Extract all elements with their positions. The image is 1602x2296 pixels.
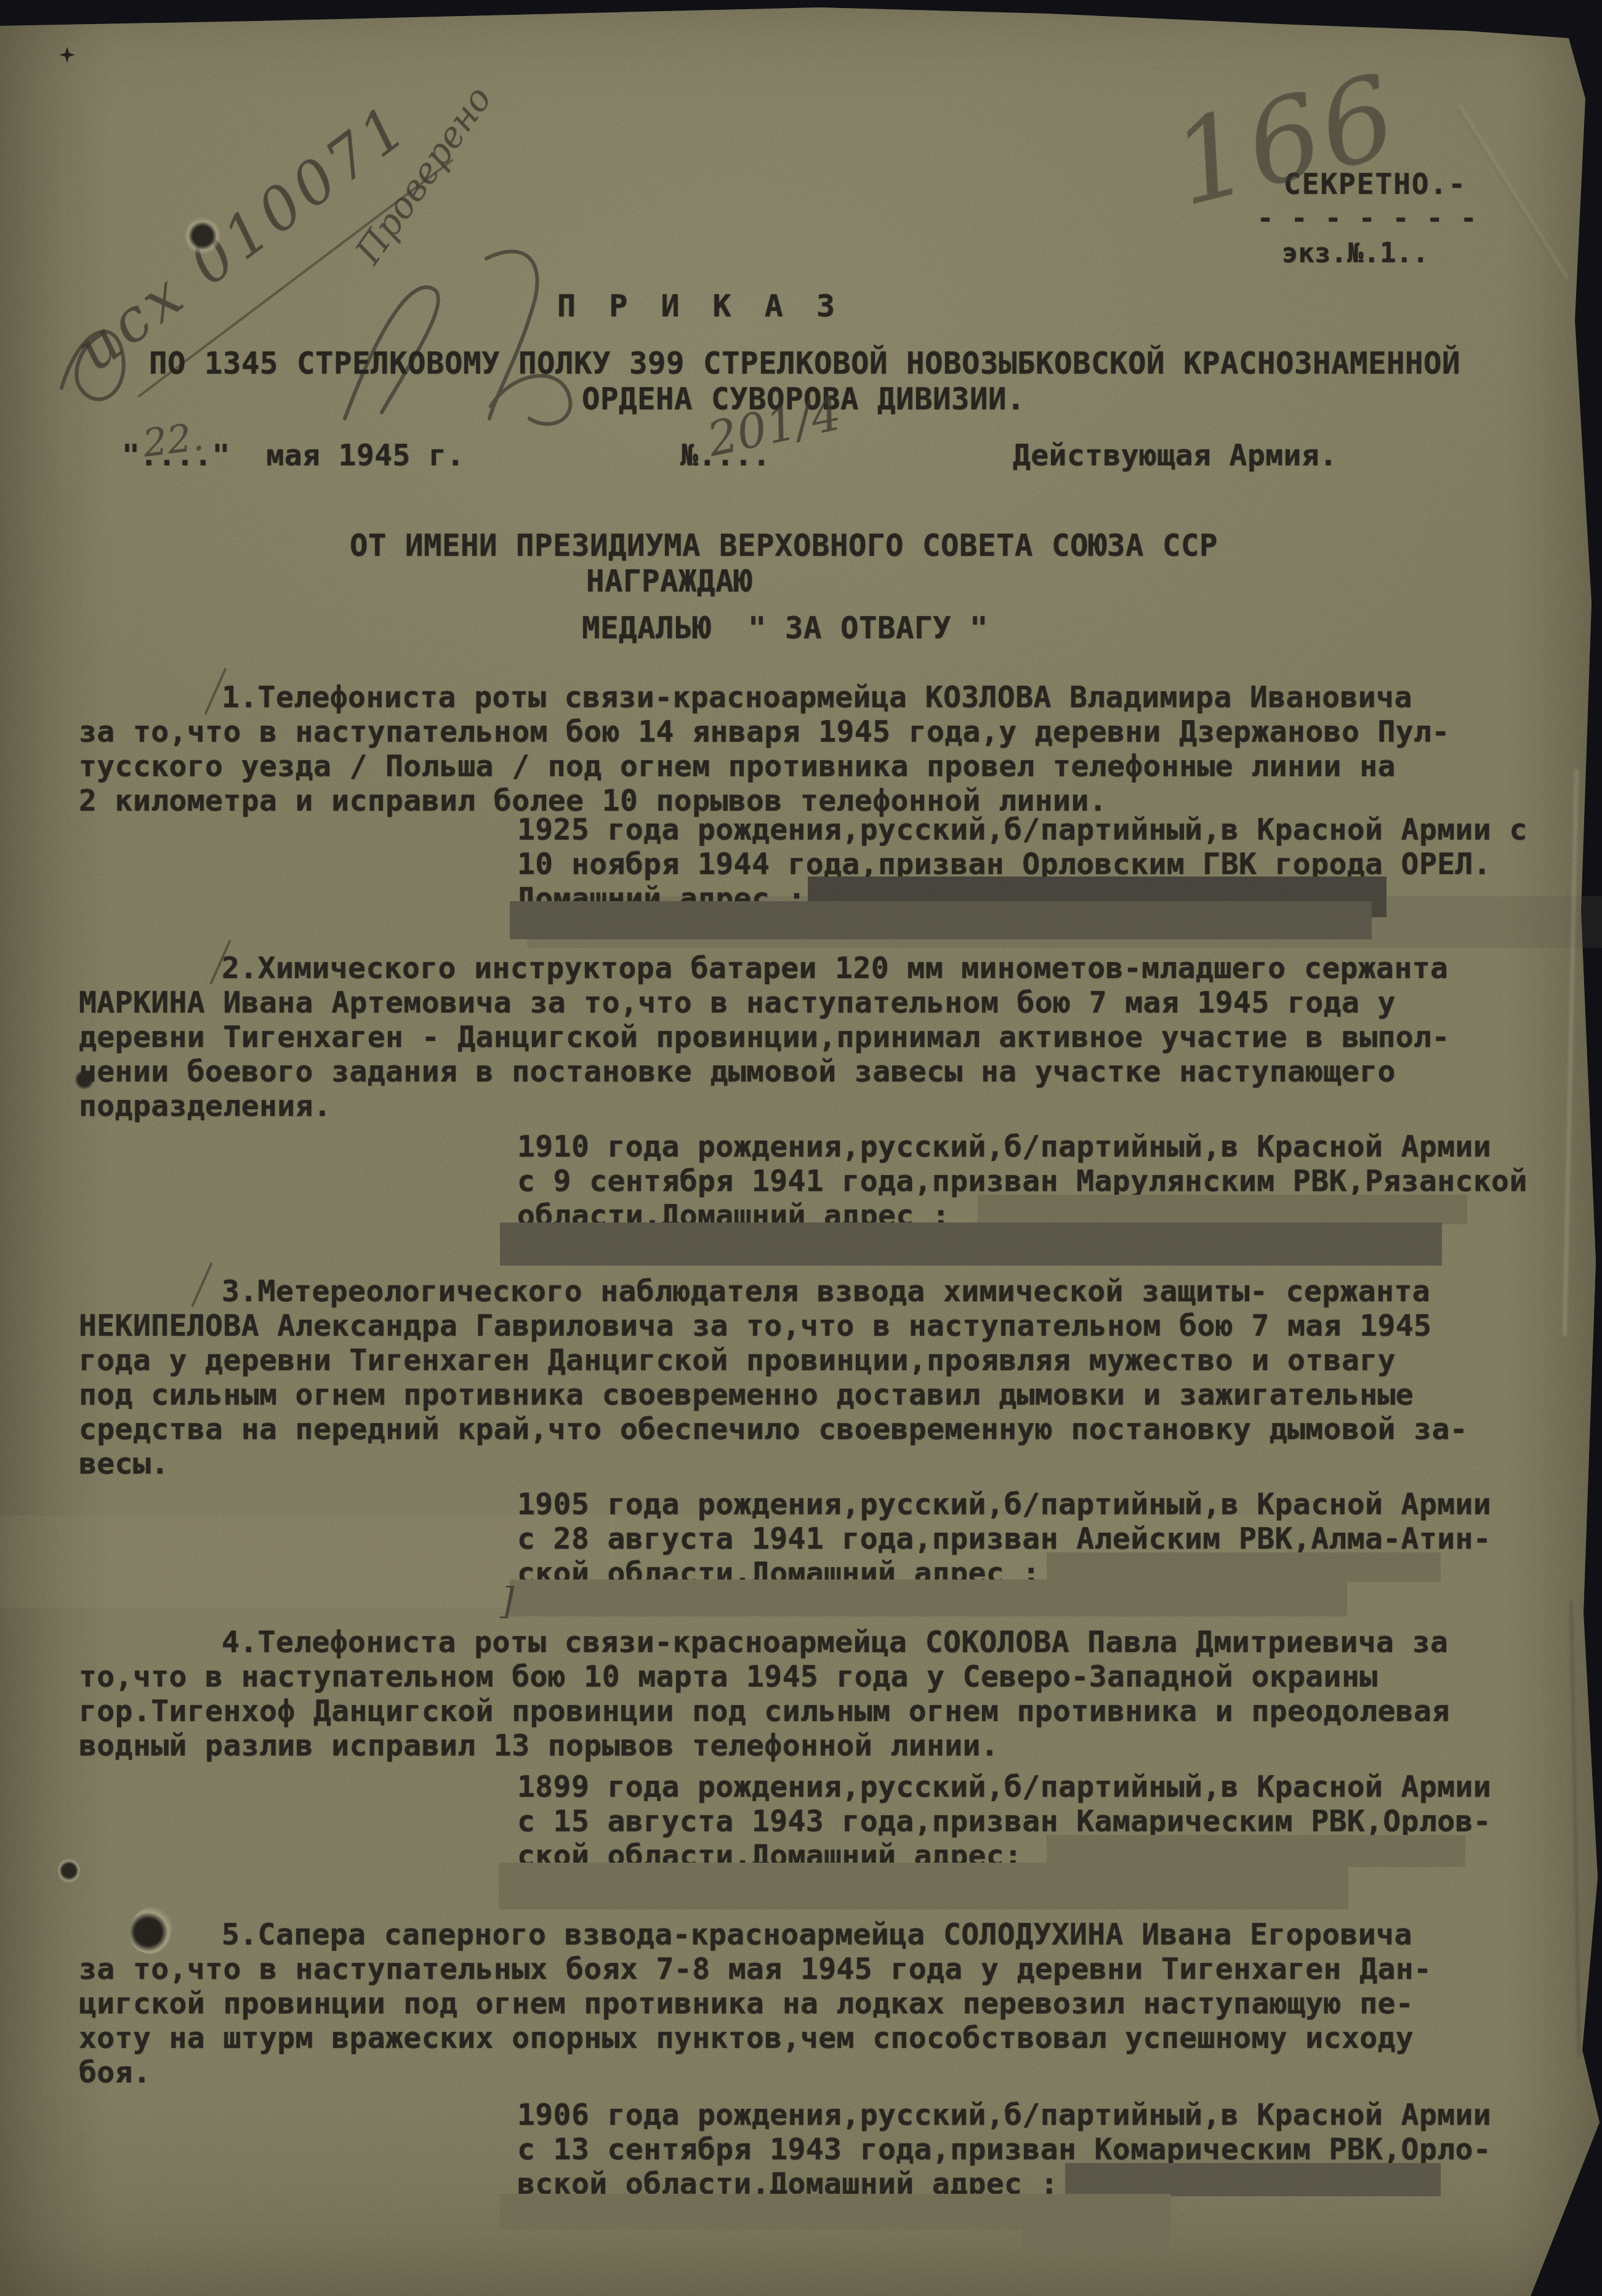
army-label: Действующая Армия. bbox=[1013, 438, 1337, 473]
regiment-line: ПО 1345 СТРЕЛКОВОМУ ПОЛКУ 399 СТРЕЛКОВОЙ… bbox=[149, 346, 1460, 381]
redaction-block bbox=[1065, 2163, 1441, 2196]
entry-line: МАРКИНА Ивана Артемовича за то,что в нас… bbox=[79, 985, 1450, 1020]
detail-line: с 28 августа 1941 года,призван Алейским … bbox=[517, 1522, 1491, 1556]
detail-line: 1906 года рождения,русский,б/партийный,в… bbox=[517, 2098, 1491, 2132]
redaction-block bbox=[499, 1863, 1348, 1909]
entry-line: деревни Тигенхаген - Данцигской провинци… bbox=[79, 1020, 1450, 1054]
entry-line: 1.Телефониста роты связи-красноармейца К… bbox=[79, 680, 1450, 715]
entry-2-paragraph: 2.Химического инструктора батареи 120 мм… bbox=[79, 951, 1450, 1123]
entry-line: 5.Сапера саперного взвода-красноармейца … bbox=[79, 1917, 1431, 1952]
hole-punch-artifact bbox=[75, 1069, 94, 1091]
award-verb: НАГРАЖДАЮ bbox=[586, 564, 752, 599]
redaction-block bbox=[510, 1580, 1347, 1616]
entry-line: НЕКИПЕЛОВА Александра Гавриловича за то,… bbox=[79, 1309, 1468, 1343]
entry-5-paragraph: 5.Сапера саперного взвода-красноармейца … bbox=[79, 1917, 1431, 2090]
pencil-bracket-mark: ] bbox=[500, 1580, 514, 1623]
redaction-block bbox=[978, 1195, 1467, 1224]
preamble-line: ОТ ИМЕНИ ПРЕЗИДИУМА ВЕРХОВНОГО СОВЕТА СО… bbox=[350, 528, 1218, 563]
entry-line: под сильным огнем противника своевременн… bbox=[79, 1378, 1468, 1412]
order-title: П Р И К А З bbox=[557, 288, 842, 324]
entry-line: за то,что в наступательном бою 14 января… bbox=[79, 715, 1450, 749]
entry-line: боя. bbox=[79, 2055, 1431, 2090]
hole-punch-artifact bbox=[58, 1858, 80, 1884]
pencil-date-day: 22. bbox=[140, 414, 206, 465]
detail-line: 1925 года рождения,русский,б/партийный,в… bbox=[517, 813, 1528, 847]
entry-line: средства на передний край,что обеспечило… bbox=[79, 1412, 1468, 1447]
detail-line: 1899 года рождения,русский,б/партийный,в… bbox=[517, 1770, 1491, 1804]
entry-line: то,что в наступательном бою 10 марта 194… bbox=[79, 1660, 1450, 1694]
entry-line: 2.Химического инструктора батареи 120 мм… bbox=[79, 951, 1450, 985]
entry-line: хоту на штурм вражеских опорных пунктов,… bbox=[79, 2021, 1431, 2055]
entry-line: 4.Телефониста роты связи-красноармейца С… bbox=[79, 1625, 1450, 1660]
detail-line: с 15 августа 1943 года,призван Камаричес… bbox=[517, 1804, 1491, 1839]
detail-line: с 13 сентября 1943 года,призван Комариче… bbox=[517, 2132, 1491, 2167]
copy-number-label: экз.№.1.. bbox=[1282, 238, 1428, 269]
entry-1-paragraph: 1.Телефониста роты связи-красноармейца К… bbox=[79, 680, 1450, 818]
entry-line: водный разлив исправил 13 порывов телефо… bbox=[79, 1728, 1450, 1763]
scanned-order-page: СЕКРЕТНО.- - - - - - - - экз.№.1.. 166 и… bbox=[0, 0, 1602, 2296]
medal-line: МЕДАЛЬЮ " ЗА ОТВАГУ " bbox=[582, 611, 988, 646]
entry-4-paragraph: 4.Телефониста роты связи-красноармейца С… bbox=[79, 1625, 1450, 1763]
redaction-block bbox=[500, 1222, 1442, 1266]
entry-line: за то,что в наступательных боях 7-8 мая … bbox=[79, 1952, 1431, 1986]
detail-line: 1905 года рождения,русский,б/партийный,в… bbox=[517, 1487, 1491, 1522]
entry-3-paragraph: 3.Метереологического наблюдателя взвода … bbox=[79, 1274, 1468, 1481]
hole-punch-artifact bbox=[185, 217, 220, 255]
entry-line: весы. bbox=[79, 1447, 1468, 1481]
entry-line: тусского уезда / Польша / под огнем прот… bbox=[79, 749, 1450, 784]
entry-line: гор.Тигенхоф Данцигской провинции под си… bbox=[79, 1694, 1450, 1728]
detail-line: 1910 года рождения,русский,б/партийный,в… bbox=[517, 1130, 1528, 1164]
redaction-block bbox=[1047, 1552, 1441, 1582]
redaction-block bbox=[510, 901, 1372, 939]
secrecy-dash-line: - - - - - - - bbox=[1257, 203, 1477, 235]
redaction-block bbox=[1022, 2225, 1170, 2252]
entry-line: года у деревни Тигенхаген Данцигской про… bbox=[79, 1343, 1468, 1378]
entry-line: подразделения. bbox=[79, 1089, 1450, 1123]
entry-line: цигской провинции под огнем противника н… bbox=[79, 1986, 1431, 2021]
detail-line: с 9 сентября 1941 года,призван Марулянск… bbox=[517, 1164, 1528, 1198]
entry-line: 3.Метереологического наблюдателя взвода … bbox=[79, 1274, 1468, 1309]
pencil-signature-scribbles bbox=[37, 234, 653, 443]
entry-line: нении боевого задания в постановке дымов… bbox=[79, 1054, 1450, 1089]
